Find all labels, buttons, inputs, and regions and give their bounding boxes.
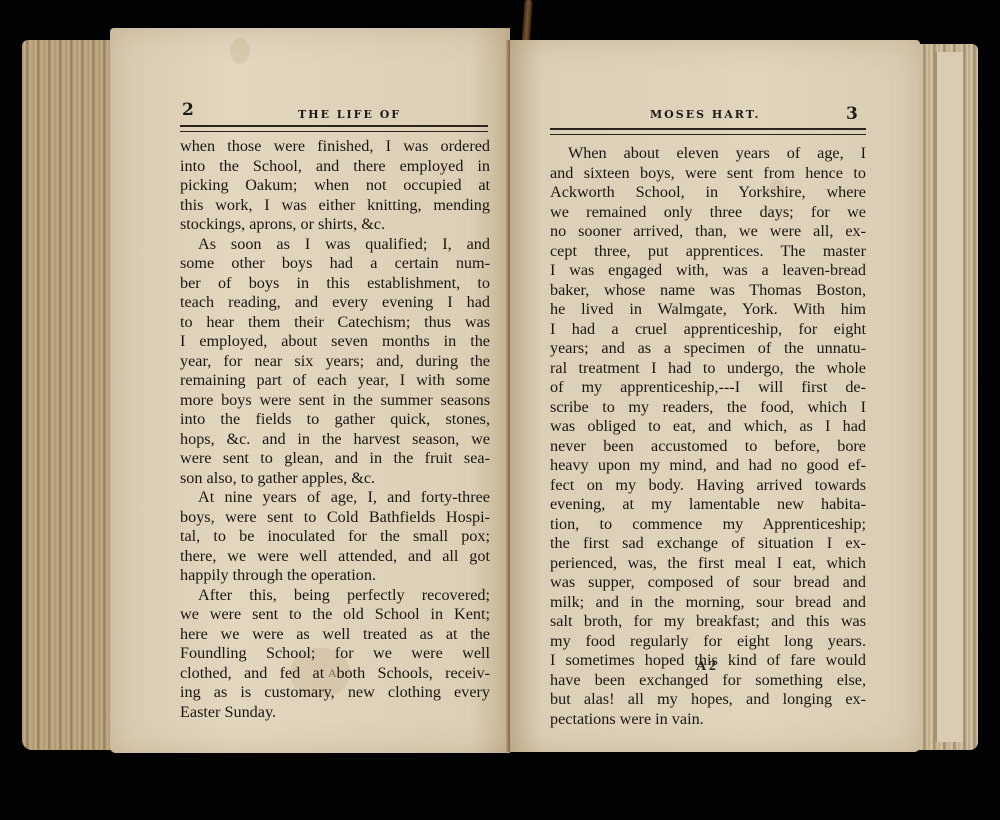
text-line: my food regularly for eight long years. <box>550 632 866 652</box>
text-line: no sooner arrived, than, we were all, ex… <box>550 222 866 242</box>
text-line: happily through the operation. <box>180 566 490 586</box>
text-line: milk; and in the morning, sour bread and <box>550 593 866 613</box>
text-line: into the School, and there employed in <box>180 157 490 177</box>
text-line: were sent to glean, and in the fruit sea… <box>180 449 490 469</box>
photo-background: 2 THE LIFE OF when those were finished, … <box>0 0 1000 820</box>
text-line: year, for near six years; and, during th… <box>180 352 490 372</box>
header-rule <box>550 128 866 135</box>
signature-mark: A 2 <box>696 659 716 675</box>
text-line: the first sad exchange of situation I ex… <box>550 534 866 554</box>
text-line: more boys were sent in the summer season… <box>180 391 490 411</box>
text-line: this work, I was either knitting, mendin… <box>180 196 490 216</box>
text-line: cept three, put apprentices. The master <box>550 242 866 262</box>
text-line: to hear them their Catechism; thus was <box>180 313 490 333</box>
text-line: into the fields to gather quick, stones, <box>180 410 490 430</box>
text-line: When about eleven years of age, I <box>550 144 866 164</box>
text-line: was obliged to eat, and which, as I had <box>550 417 866 437</box>
text-line: boys, were sent to Cold Bathfields Hospi… <box>180 508 490 528</box>
text-line: ral treatment I had to undergo, the whol… <box>550 359 866 379</box>
text-line: perienced, was, the first meal I eat, wh… <box>550 554 866 574</box>
text-line: scribe to my readers, the food, which I <box>550 398 866 418</box>
right-page: MOSES HART. 3 When about eleven years of… <box>510 40 920 752</box>
text-line: I was engaged with, was a leaven-bread <box>550 261 866 281</box>
text-line: evening, at my lamentable new habita- <box>550 495 866 515</box>
text-line: years; and as a specimen of the unnatu- <box>550 339 866 359</box>
left-page-block-edge <box>22 40 118 750</box>
running-head: MOSES HART. <box>650 108 760 121</box>
text-line: he lived in Walmgate, York. With him <box>550 300 866 320</box>
left-page: 2 THE LIFE OF when those were finished, … <box>110 28 510 753</box>
text-line: but alas! all my hopes, and longing ex- <box>550 690 866 710</box>
text-line: son also, to gather apples, &c. <box>180 469 490 489</box>
text-line: and sixteen boys, were sent from hence t… <box>550 164 866 184</box>
text-line: heavy upon my mind, and had no good ef- <box>550 456 866 476</box>
text-line: stockings, aprons, or shirts, &c. <box>180 215 490 235</box>
left-page-text: when those were finished, I was orderedi… <box>180 137 490 722</box>
text-line: when those were finished, I was ordered <box>180 137 490 157</box>
text-line: After this, being perfectly recovered; <box>180 586 490 606</box>
text-line: picking Oakum; when not occupied at <box>180 176 490 196</box>
text-line: Easter Sunday. <box>180 703 490 723</box>
text-line: here we were as well treated as at the <box>180 625 490 645</box>
text-line: we were sent to the old School in Kent; <box>180 605 490 625</box>
paper-stain <box>230 38 250 64</box>
text-line: fect on my body. Having arrived towards <box>550 476 866 496</box>
text-line: teach reading, and every evening I had <box>180 293 490 313</box>
header-rule <box>180 125 488 132</box>
text-line: Ackworth School, in Yorkshire, where <box>550 183 866 203</box>
text-line: we remained only three days; for we <box>550 203 866 223</box>
running-head: THE LIFE OF <box>298 108 401 121</box>
text-line: was supper, composed of sour bread and <box>550 573 866 593</box>
text-line: At nine years of age, I, and forty-three <box>180 488 490 508</box>
text-line: hops, &c. and in the harvest season, we <box>180 430 490 450</box>
text-line: As soon as I was qualified; I, and <box>180 235 490 255</box>
right-flyleaf <box>935 52 963 742</box>
page-number: 3 <box>846 104 858 124</box>
text-line: I employed, about seven months in the <box>180 332 490 352</box>
text-line: I had a cruel apprenticeship, for eight <box>550 320 866 340</box>
text-line: never been accustomed to before, bore <box>550 437 866 457</box>
right-page-text: When about eleven years of age, Iand six… <box>550 144 866 729</box>
text-line: ber of boys in this establishment, to <box>180 274 490 294</box>
text-line: ing as is customary, new clothing every <box>180 683 490 703</box>
text-line: of my apprenticeship,---I will first de- <box>550 378 866 398</box>
text-line: salt broth, for my breakfast; and this w… <box>550 612 866 632</box>
text-line: tion, to commence my Apprenticeship; <box>550 515 866 535</box>
text-line: Foundling School; for we were well <box>180 644 490 664</box>
text-line: baker, whose name was Thomas Boston, <box>550 281 866 301</box>
signature-mark: A <box>328 666 337 681</box>
page-number: 2 <box>182 100 194 120</box>
text-line: there, we were well attended, and all go… <box>180 547 490 567</box>
text-line: tal, to be inoculated for the small pox; <box>180 527 490 547</box>
text-line: some other boys had a certain num- <box>180 254 490 274</box>
text-line: remaining part of each year, I with some <box>180 371 490 391</box>
text-line: pectations were in vain. <box>550 710 866 730</box>
